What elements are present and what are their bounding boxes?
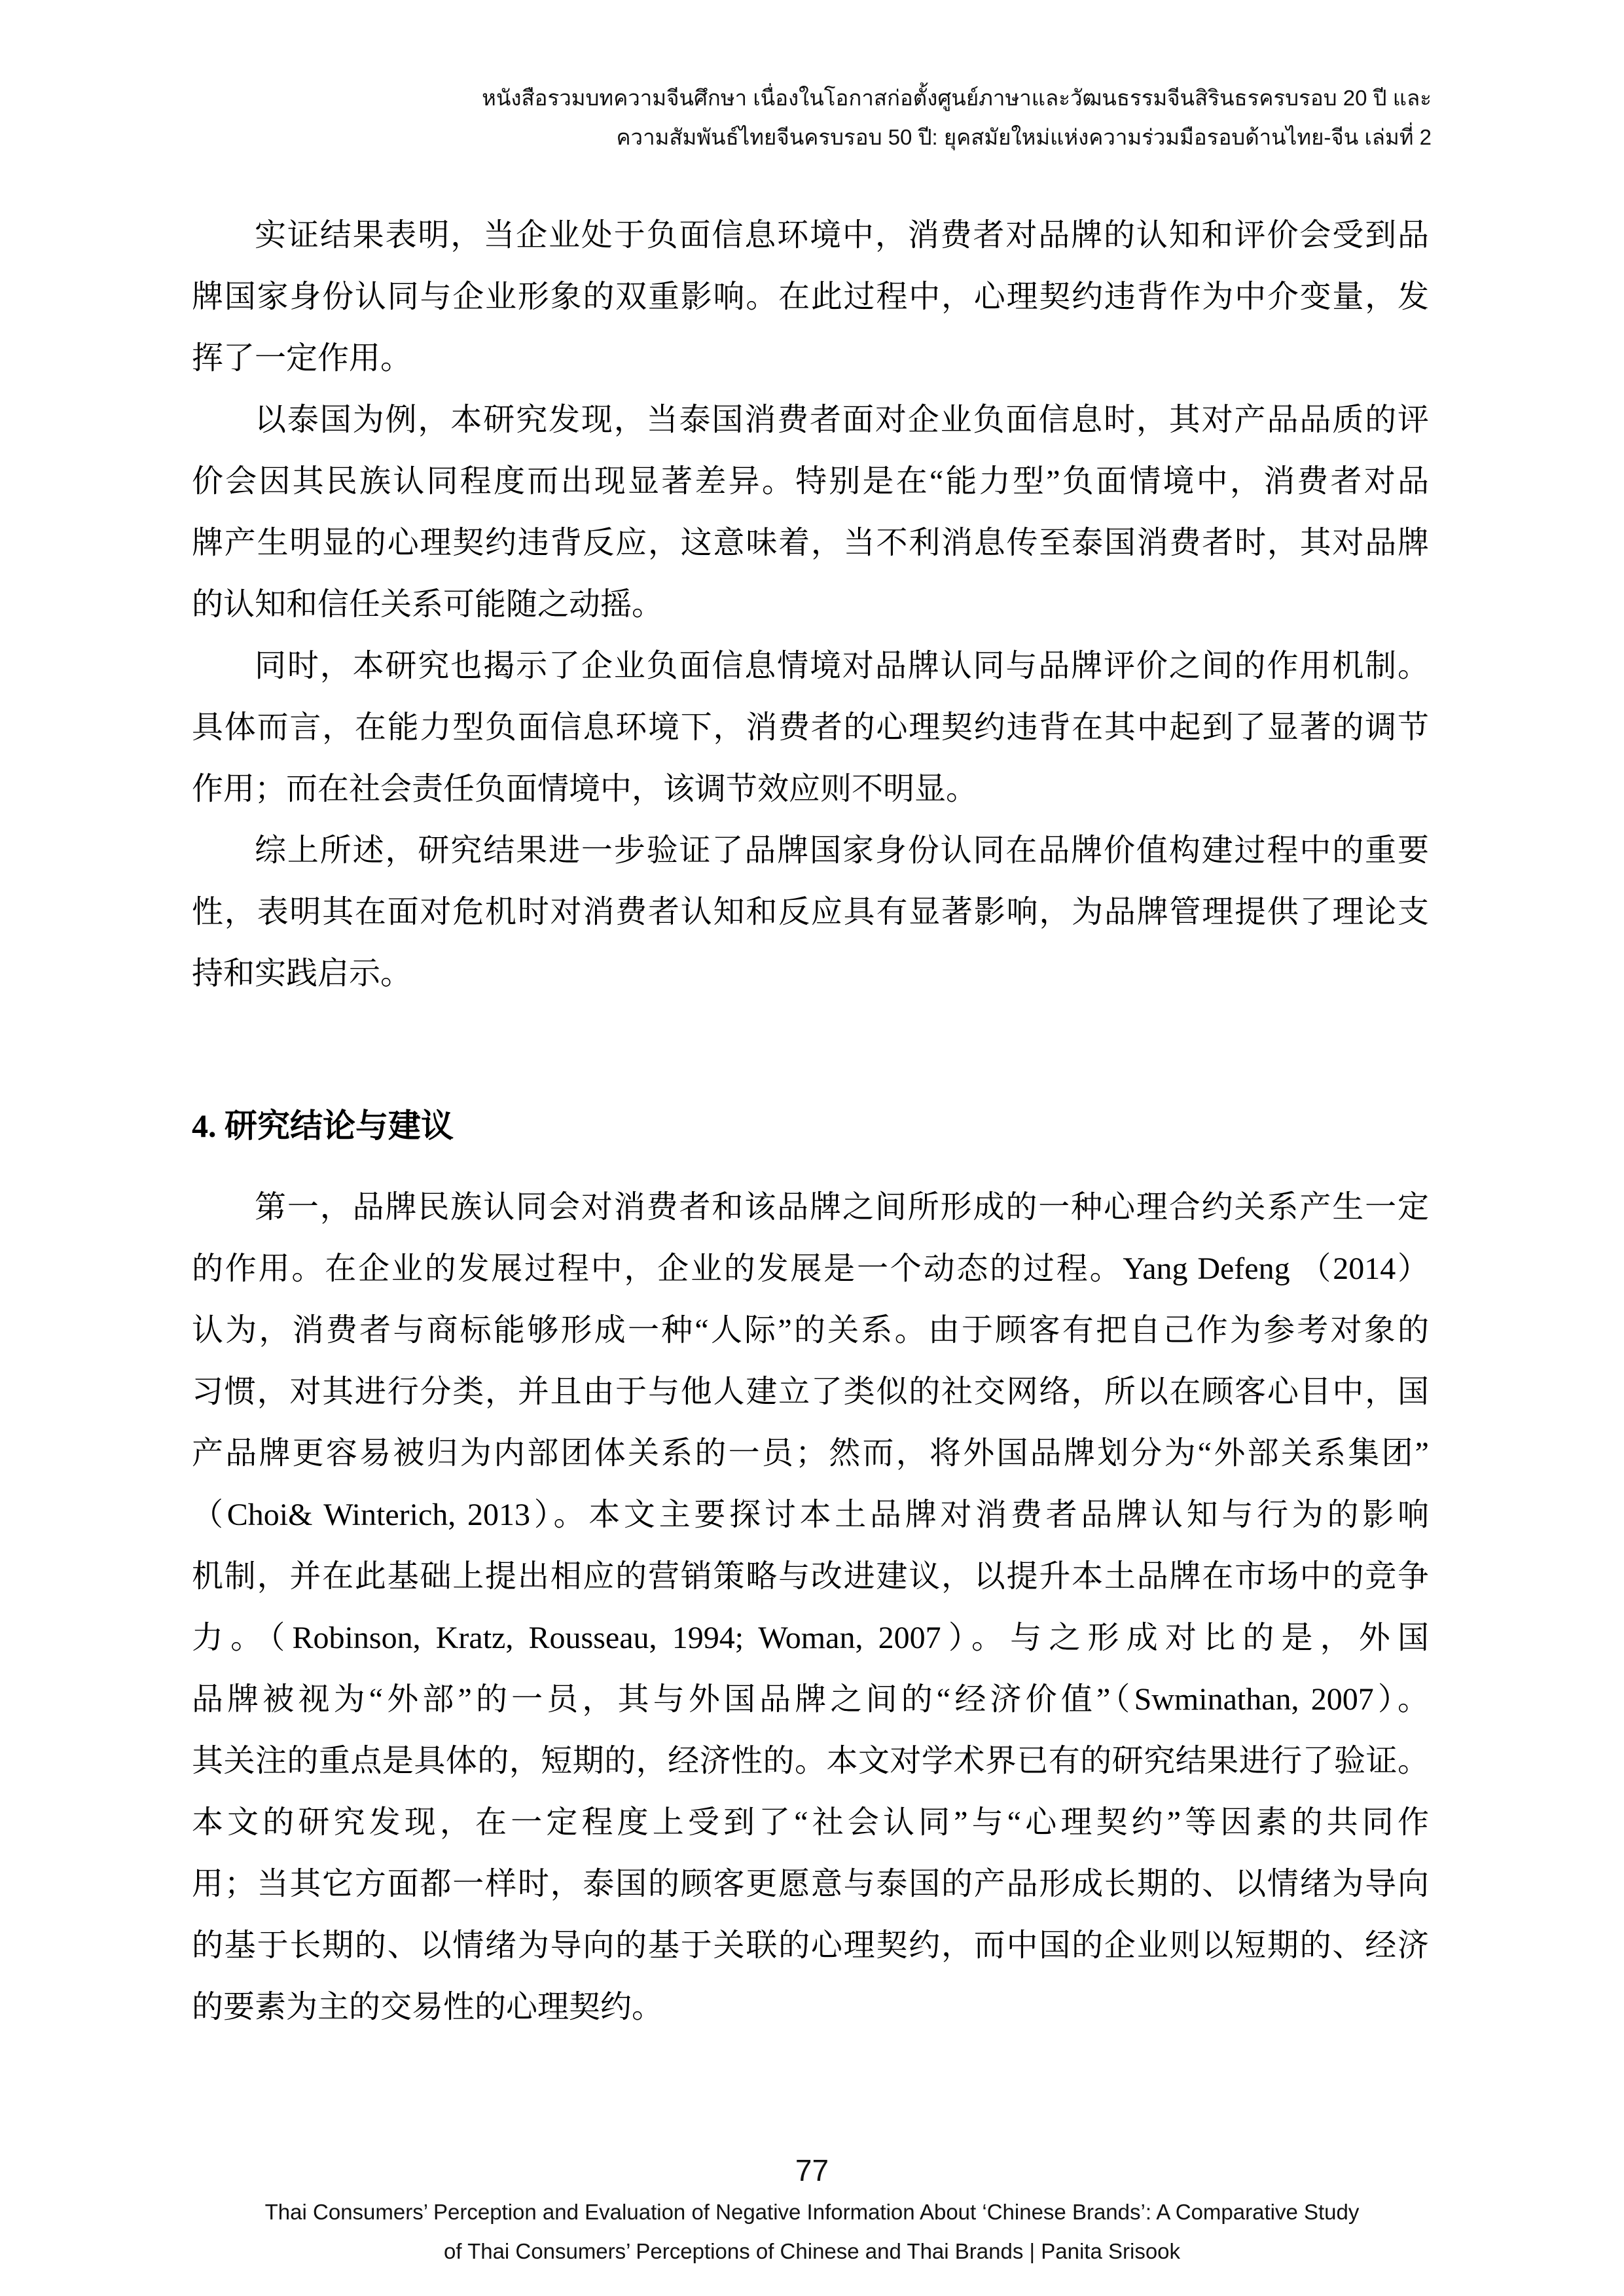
header-line-2: ความสัมพันธ์ไทยจีนครบรอบ 50 ปี: ยุคสมัยใ… — [192, 118, 1432, 157]
text-line: 同时，本研究也揭示了企业负面信息情境对品牌认同与品牌评价之间的作用机制。 — [192, 636, 1429, 697]
document-page: หนังสือรวมบทความจีนศึกษา เนื่องในโอกาสก่… — [0, 0, 1624, 2296]
text-line: 持和实践启示。 — [192, 943, 1429, 1005]
text-line: 本文的研究发现，在一定程度上受到了“社会认同”与“心理契约”等因素的共同作 — [192, 1792, 1429, 1854]
paragraphs-after-heading: 第一，品牌民族认同会对消费者和该品牌之间所形成的一种心理合约关系产生一定的作用。… — [192, 1177, 1429, 2038]
text-line: 机制，并在此基础上提出相应的营销策略与改进建议，以提升本土品牌在市场中的竞争 — [192, 1546, 1429, 1607]
page-footer: Thai Consumers’ Perception and Evaluatio… — [0, 2193, 1624, 2271]
paragraph: 以泰国为例，本研究发现，当泰国消费者面对企业负面信息时，其对产品品质的评价会因其… — [192, 389, 1429, 636]
text-line: 作用；而在社会责任负面情境中，该调节效应则不明显。 — [192, 759, 1429, 820]
header-line-1: หนังสือรวมบทความจีนศึกษา เนื่องในโอกาสก่… — [192, 79, 1432, 118]
text-line: 的要素为主的交易性的心理契约。 — [192, 1977, 1429, 2038]
text-line: 认为，消费者与商标能够形成一种“人际”的关系。由于顾客有把自己作为参考对象的 — [192, 1300, 1429, 1361]
section-heading: 4. 研究结论与建议 — [192, 1095, 1429, 1157]
text-line: 综上所述，研究结果进一步验证了品牌国家身份认同在品牌价值构建过程中的重要 — [192, 820, 1429, 882]
text-line: 挥了一定作用。 — [192, 328, 1429, 389]
text-line: 具体而言，在能力型负面信息环境下，消费者的心理契约违背在其中起到了显著的调节 — [192, 697, 1429, 759]
text-line: 品牌被视为“外部”的一员，其与外国品牌之间的“经济价值”（Swminathan,… — [192, 1669, 1429, 1731]
text-line: 产品牌更容易被归为内部团体关系的一员；然而，将外国品牌划分为“外部关系集团” — [192, 1423, 1429, 1484]
footer-line-2: of Thai Consumers’ Perceptions of Chines… — [0, 2232, 1624, 2271]
body-text: 实证结果表明，当企业处于负面信息环境中，消费者对品牌的认知和评价会受到品牌国家身… — [192, 205, 1429, 2038]
text-line: 以泰国为例，本研究发现，当泰国消费者面对企业负面信息时，其对产品品质的评 — [192, 389, 1429, 451]
text-line: 牌产生明显的心理契约违背反应，这意味着，当不利消息传至泰国消费者时，其对品牌 — [192, 512, 1429, 574]
page-number: 77 — [0, 2153, 1624, 2187]
text-line: 实证结果表明，当企业处于负面信息环境中，消费者对品牌的认知和评价会受到品 — [192, 205, 1429, 266]
text-line: 牌国家身份认同与企业形象的双重影响。在此过程中，心理契约违背作为中介变量，发 — [192, 266, 1429, 328]
paragraph: 实证结果表明，当企业处于负面信息环境中，消费者对品牌的认知和评价会受到品牌国家身… — [192, 205, 1429, 389]
paragraph: 第一，品牌民族认同会对消费者和该品牌之间所形成的一种心理合约关系产生一定的作用。… — [192, 1177, 1429, 2038]
text-line: （Choi& Winterich, 2013）。本文主要探讨本土品牌对消费者品牌… — [192, 1484, 1429, 1546]
page-header: หนังสือรวมบทความจีนศึกษา เนื่องในโอกาสก่… — [192, 79, 1432, 157]
paragraph: 同时，本研究也揭示了企业负面信息情境对品牌认同与品牌评价之间的作用机制。具体而言… — [192, 636, 1429, 820]
text-line: 习惯，对其进行分类，并且由于与他人建立了类似的社交网络，所以在顾客心目中，国 — [192, 1361, 1429, 1423]
text-line: 的认知和信任关系可能随之动摇。 — [192, 574, 1429, 636]
text-line: 价会因其民族认同程度而出现显著差异。特别是在“能力型”负面情境中，消费者对品 — [192, 451, 1429, 512]
footer-line-1: Thai Consumers’ Perception and Evaluatio… — [0, 2193, 1624, 2232]
text-line: 第一，品牌民族认同会对消费者和该品牌之间所形成的一种心理合约关系产生一定 — [192, 1177, 1429, 1238]
text-line: 其关注的重点是具体的，短期的，经济性的。本文对学术界已有的研究结果进行了验证。 — [192, 1731, 1429, 1792]
paragraph: 综上所述，研究结果进一步验证了品牌国家身份认同在品牌价值构建过程中的重要性，表明… — [192, 820, 1429, 1005]
paragraphs-before-heading: 实证结果表明，当企业处于负面信息环境中，消费者对品牌的认知和评价会受到品牌国家身… — [192, 205, 1429, 1005]
text-line: 的作用。在企业的发展过程中，企业的发展是一个动态的过程。Yang Defeng … — [192, 1238, 1429, 1300]
text-line: 的基于长期的、以情绪为导向的基于关联的心理契约，而中国的企业则以短期的、经济 — [192, 1915, 1429, 1977]
text-line: 力。（Robinson, Kratz, Rousseau, 1994; Woma… — [192, 1607, 1429, 1669]
text-line: 性，表明其在面对危机时对消费者认知和反应具有显著影响，为品牌管理提供了理论支 — [192, 882, 1429, 943]
text-line: 用；当其它方面都一样时，泰国的顾客更愿意与泰国的产品形成长期的、以情绪为导向 — [192, 1854, 1429, 1915]
